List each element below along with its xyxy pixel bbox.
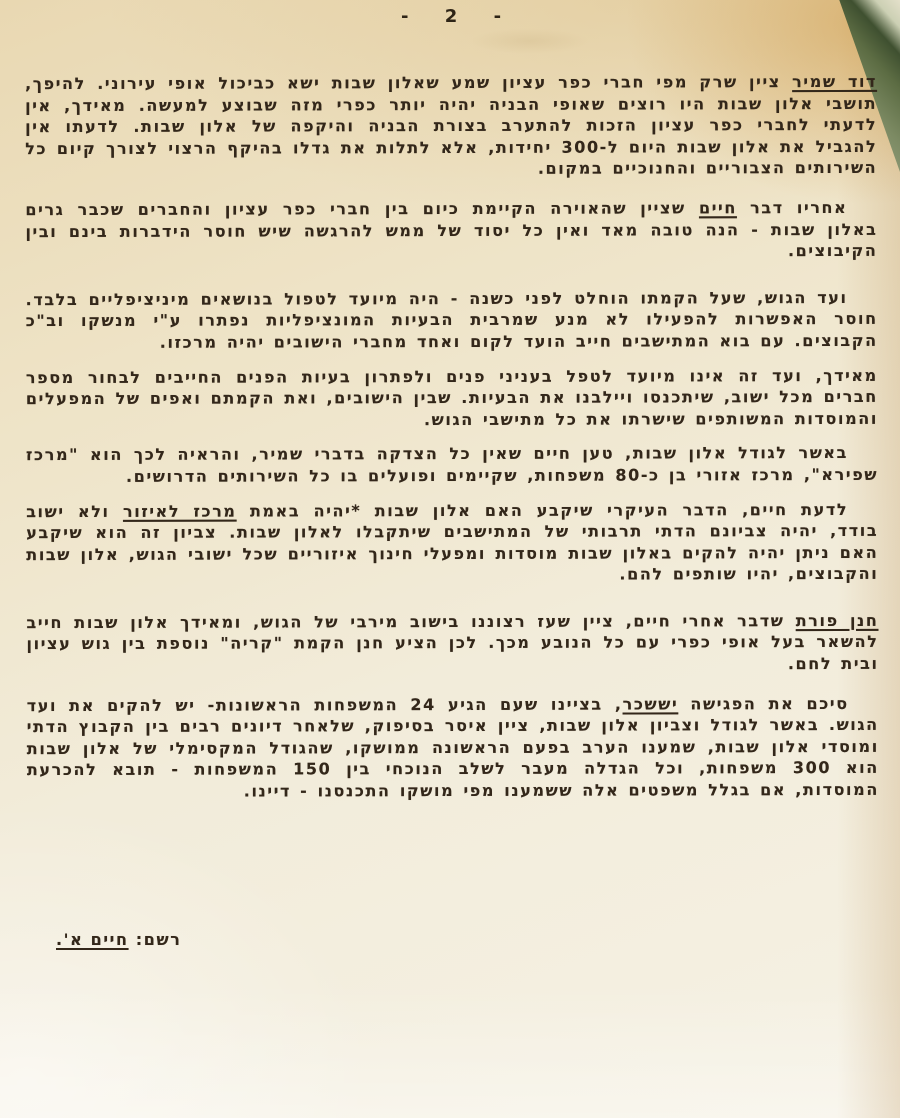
paragraph-text: לדעת חיים, הדבר העיקרי שיקבע האם אלון שב… [237,499,849,520]
paragraph-gush-committee: ועד הגוש, שעל הקמתו הוחלט לפני כשנה - הי… [26,287,878,354]
paragraph-text: ציין שרק מפי חברי כפר עציון שמע שאלון שב… [25,72,877,178]
paragraph-text: ועד הגוש, שעל הקמתו הוחלט לפני כשנה - הי… [26,288,878,352]
paragraph-text: שדבר אחרי חיים, ציין שעז רצוננו בישוב מי… [26,611,878,673]
recorder-label: רשם: [129,930,182,949]
paragraph-david-shamir: דוד שמיר ציין שרק מפי חברי כפר עציון שמע… [25,71,877,181]
page-number: - 2 - [401,6,503,27]
term-regional-center: מרכז לאיזור [123,501,237,520]
speaker-name-issachar: יששכר [623,694,679,713]
paragraph-text: מאידך, ועד זה אינו מיועד לטפל בעניני פני… [26,365,878,428]
document-body: דוד שמיר ציין שרק מפי חברי כפר עציון שמע… [25,71,879,816]
paragraph-text: באשר לגודל אלון שבות, טען חיים שאין כל ה… [26,443,878,485]
paragraph-hanan-porat: חנן פורת שדבר אחרי חיים, ציין שעז רצוננו… [26,610,878,677]
paragraph-text: אחריו דבר [737,198,848,217]
paragraph-summary-issachar: סיכם את הפגישה יששכר, בציינו שעם הגיע 24… [27,693,879,803]
paper-stain [470,28,590,54]
paragraph-text: סיכם את הפגישה [678,694,848,713]
paragraph-merkaz-shapira: באשר לגודל אלון שבות, טען חיים שאין כל ה… [26,442,878,487]
speaker-name-chaim: חיים [699,198,737,217]
speaker-name-david-shamir: דוד שמיר [792,72,877,91]
recorder-name: חיים א'. [56,930,129,949]
paragraph-chaim-atmosphere: אחריו דבר חיים שציין שהאוירה הקיימת כיום… [25,197,877,264]
scanned-page: - 2 - דוד שמיר ציין שרק מפי חברי כפר עצי… [0,0,900,1118]
recorder-signature: רשם: חיים א'. [56,930,181,949]
paragraph-regional-center: לדעת חיים, הדבר העיקרי שיקבע האם אלון שב… [26,498,878,587]
paragraph-internal-affairs: מאידך, ועד זה אינו מיועד לטפל בעניני פני… [26,364,878,431]
speaker-name-hanan-porat: חנן פורת [796,611,879,630]
